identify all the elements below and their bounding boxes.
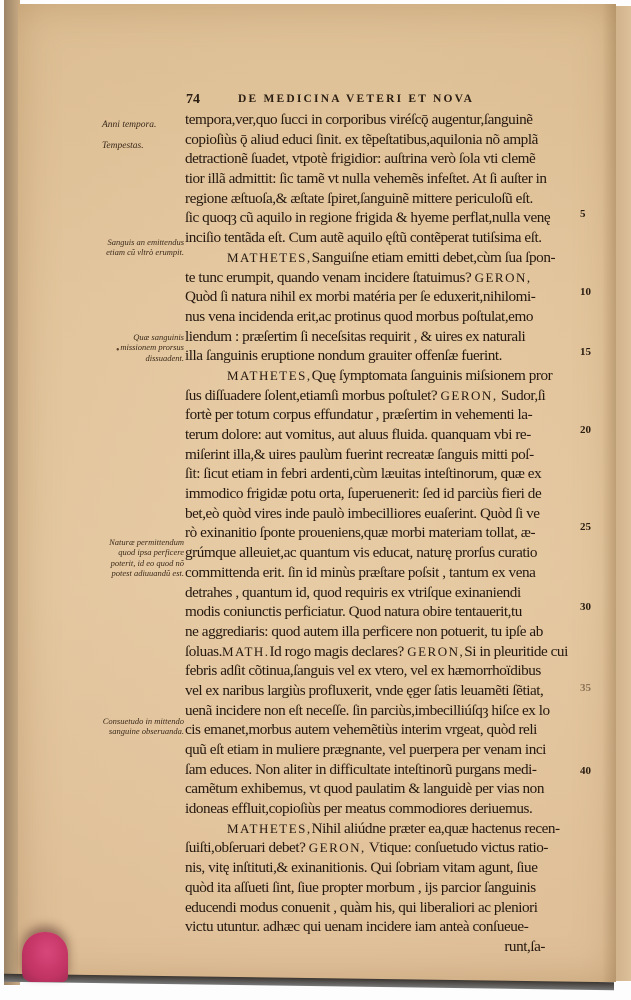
- text-line: nus vena incidenda erit,ac protinus quod…: [185, 307, 565, 327]
- line-text: uenã incidere non eſt neceſſe. ſin parci…: [185, 702, 550, 719]
- text-line: ſam educes. Non aliter in difficultate i…: [185, 760, 565, 780]
- speaker-name: MATHETES,: [227, 368, 312, 383]
- text-line: runt,ſa-: [185, 937, 565, 957]
- line-text: tior illã admittit: ſic tamẽ vt nulla ve…: [185, 170, 547, 187]
- line-number: 35: [580, 682, 591, 694]
- text-line: detrahes , quantum id, quod requiris ex …: [185, 583, 565, 603]
- speaker-name: GERON,: [475, 270, 532, 285]
- text-line: vel ex naribus largiùs profluxerit, vnde…: [185, 681, 565, 701]
- text-line: grúmque alleuiet,ac quantum vis educat, …: [185, 543, 565, 563]
- speaker-name: GERON,: [309, 840, 366, 855]
- line-text: Si in pleuritide cui: [464, 643, 568, 660]
- line-text: rò exinanitio ſponte proueniens,quæ morb…: [185, 524, 535, 541]
- line-text: detractionẽ ſuadet, vtpotè frigidior: au…: [185, 150, 535, 167]
- line-text: fortè per totum corpus effundatur , præſ…: [185, 406, 532, 423]
- text-line: liendum : præſertim ſi neceſsitas requir…: [185, 327, 565, 347]
- line-text: modis coniunctis perficiatur. Quod natur…: [185, 603, 522, 620]
- line-text: miſerint illa,& uires paulùm fuerint rec…: [185, 446, 534, 463]
- text-line: terum dolore: aut vomitus, aut aluus flu…: [185, 425, 565, 445]
- line-number: 15: [580, 346, 591, 358]
- line-text: febris adſit cõtinua,ſanguis vel ex vter…: [185, 662, 541, 679]
- text-line: ſic quoqȝ cũ aquilo in regione frigida &…: [185, 208, 565, 228]
- line-text: illa ſanguinis eruptione nondum grauiter…: [185, 347, 502, 364]
- text-line: modis coniunctis perficiatur. Quod natur…: [185, 602, 565, 622]
- line-text: immodico frigidæ potu orta, ſuperuenerit…: [185, 485, 541, 502]
- line-number: 20: [580, 424, 591, 436]
- text-line: MATHETES,Nihil aliúdne præter ea,quæ hac…: [185, 819, 565, 839]
- line-number: 25: [580, 521, 591, 533]
- text-line: febris adſit cõtinua,ſanguis vel ex vter…: [185, 661, 565, 681]
- text-line: ſuiſti,obſeruari debet? GERON, Vtique: c…: [185, 838, 565, 858]
- margin-note: Consuetudo in mittendo sanguine obseruan…: [102, 716, 184, 737]
- line-text: educendi modus conuenit , quàm his, qui …: [185, 899, 538, 916]
- text-line: te tunc erumpit, quando venam incidere ſ…: [185, 268, 565, 288]
- line-text: Sudor,ſi: [498, 387, 546, 404]
- line-text: ſuiſti,obſeruari debet?: [185, 839, 309, 856]
- line-text: regione æſtuoſa,& æſtate ſpiret,ſanguinẽ…: [185, 190, 533, 207]
- text-line: miſerint illa,& uires paulùm fuerint rec…: [185, 445, 565, 465]
- line-text: Quòd ſi natura nihil ex morbi matéria pe…: [185, 288, 535, 305]
- speaker-name: GERON,: [407, 644, 464, 659]
- finger-holding-page: [22, 932, 68, 982]
- margin-note: Sanguis an emittendus etiam cũ vltrò eru…: [102, 237, 184, 258]
- line-text: bet,eò quòd vires inde paulò imbecillior…: [185, 505, 540, 522]
- text-line: detractionẽ ſuadet, vtpotè frigidior: au…: [185, 149, 565, 169]
- ink-mark: •: [116, 345, 120, 356]
- text-line: idoneas effluit,copioſiùs per meatus com…: [185, 799, 565, 819]
- line-text: runt,ſa-: [504, 938, 545, 955]
- text-line: educendi modus conuenit , quàm his, qui …: [185, 898, 565, 918]
- text-line: rò exinanitio ſponte proueniens,quæ morb…: [185, 523, 565, 543]
- line-text: terum dolore: aut vomitus, aut aluus flu…: [185, 426, 531, 443]
- line-text: ſoluas.: [185, 643, 222, 660]
- text-line: nis, vitę inſtituti,& exinanitionis. Qui…: [185, 858, 565, 878]
- line-text: nus vena incidenda erit,ac protinus quod…: [185, 308, 533, 325]
- line-text: ſic quoqȝ cũ aquilo in regione frigida &…: [185, 209, 550, 226]
- margin-note: Anni tempora.: [102, 120, 184, 130]
- line-text: inciſio tentãda eſt. Cum autẽ aquilo ęſt…: [185, 229, 542, 246]
- line-text: ſus diſſuadere ſolent,etiamſi morbus poſ…: [185, 387, 441, 404]
- text-line: tior illã admittit: ſic tamẽ vt nulla ve…: [185, 169, 565, 189]
- line-text: Quę ſymptomata ſanguinis miſsionem pror: [312, 367, 553, 384]
- text-line: immodico frigidæ potu orta, ſuperuenerit…: [185, 484, 565, 504]
- line-text: tempora,ver,quo ſucci in corporibus viré…: [185, 111, 533, 128]
- line-number: 40: [580, 765, 591, 777]
- margin-note: Naturæ permittendum quod ipsa perficere …: [102, 537, 184, 578]
- line-text: Vtique: conſuetudo victus ratio-: [366, 839, 548, 856]
- speaker-name: GERON,: [441, 388, 498, 403]
- text-line: copioſiùs ǭ aliud educi ſinit. ex tẽpeſt…: [185, 130, 565, 150]
- line-text: quòd ita aſſueti ſint, ſiue propter morb…: [185, 879, 536, 896]
- line-text: quũ eſt etiam in muliere prægnante, vel …: [185, 741, 546, 758]
- text-line: quũ eſt etiam in muliere prægnante, vel …: [185, 740, 565, 760]
- text-line: MATHETES,Quę ſymptomata ſanguinis miſsio…: [185, 366, 565, 386]
- line-text: grúmque alleuiet,ac quantum vis educat, …: [185, 544, 537, 561]
- line-text: vel ex naribus largiùs profluxerit, vnde…: [185, 682, 543, 699]
- line-text: Sanguiſne etiam emitti debet,cùm ſua ſpo…: [312, 249, 555, 266]
- line-text: te tunc erumpit, quando venam incidere ſ…: [185, 269, 475, 286]
- text-line: Quòd ſi natura nihil ex morbi matéria pe…: [185, 287, 565, 307]
- text-line: camẽtum exhibemus, vt quod paulatim & la…: [185, 779, 565, 799]
- line-number: 30: [580, 601, 591, 613]
- line-text: Nihil aliúdne præter ea,quæ hactenus rec…: [312, 820, 560, 837]
- line-text: idoneas effluit,copioſiùs per meatus com…: [185, 800, 532, 817]
- facing-page-edge: [614, 6, 631, 981]
- line-text: ſam educes. Non aliter in difficultate i…: [185, 761, 537, 778]
- text-line: committenda erit. ſin id minùs præſtare …: [185, 563, 565, 583]
- text-line: tempora,ver,quo ſucci in corporibus viré…: [185, 110, 565, 130]
- text-line: fortè per totum corpus effundatur , præſ…: [185, 405, 565, 425]
- speaker-name: MATH.: [222, 644, 270, 659]
- body-text: tempora,ver,quo ſucci in corporibus viré…: [185, 110, 565, 957]
- line-number: 10: [580, 286, 591, 298]
- line-text: cis emanet,morbus autem vehemẽtiùs inter…: [185, 721, 537, 738]
- line-text: copioſiùs ǭ aliud educi ſinit. ex tẽpeſt…: [185, 131, 538, 148]
- margin-note: Tempestas.: [102, 141, 184, 151]
- text-line: illa ſanguinis eruptione nondum grauiter…: [185, 346, 565, 366]
- text-line: uenã incidere non eſt neceſſe. ſin parci…: [185, 701, 565, 721]
- speaker-name: MATHETES,: [227, 250, 312, 265]
- text-line: bet,eò quòd vires inde paulò imbecillior…: [185, 504, 565, 524]
- speaker-name: MATHETES,: [227, 821, 312, 836]
- text-line: ne aggrediaris: quod autem illa perficer…: [185, 622, 565, 642]
- running-head: 74 DE MEDICINA VETERI ET NOVA: [186, 92, 566, 108]
- line-text: detrahes , quantum id, quod requiris ex …: [185, 584, 521, 601]
- text-line: regione æſtuoſa,& æſtate ſpiret,ſanguinẽ…: [185, 189, 565, 209]
- text-line: cis emanet,morbus autem vehemẽtiùs inter…: [185, 720, 565, 740]
- line-number: 5: [580, 208, 586, 220]
- page-number: 74: [186, 92, 200, 108]
- line-text: liendum : præſertim ſi neceſsitas requir…: [185, 328, 525, 345]
- running-head-title: DE MEDICINA VETERI ET NOVA: [238, 93, 474, 105]
- margin-note: Quæ sanguinis missionem prorsus dissuade…: [102, 332, 184, 363]
- text-line: quòd ita aſſueti ſint, ſiue propter morb…: [185, 878, 565, 898]
- text-line: victu utuntur. adhæc qui uenam incidere …: [185, 917, 565, 937]
- line-text: committenda erit. ſin id minùs præſtare …: [185, 564, 535, 581]
- text-line: ſoluas.MATH.Id rogo magis declares? GERO…: [185, 642, 565, 662]
- text-line: ſus diſſuadere ſolent,etiamſi morbus poſ…: [185, 386, 565, 406]
- line-text: Id rogo magis declares?: [270, 643, 408, 660]
- text-line: MATHETES,Sanguiſne etiam emitti debet,cù…: [185, 248, 565, 268]
- line-text: camẽtum exhibemus, vt quod paulatim & la…: [185, 780, 544, 797]
- line-text: ne aggrediaris: quod autem illa perficer…: [185, 623, 543, 640]
- line-text: ſit: ſicut etiam in febri ardenti,cùm læ…: [185, 465, 541, 482]
- line-text: nis, vitę inſtituti,& exinanitionis. Qui…: [185, 859, 537, 876]
- gutter-shadow: [602, 4, 616, 982]
- text-line: inciſio tentãda eſt. Cum autẽ aquilo ęſt…: [185, 228, 565, 248]
- line-text: victu utuntur. adhæc qui uenam incidere …: [185, 918, 528, 935]
- text-line: ſit: ſicut etiam in febri ardenti,cùm læ…: [185, 464, 565, 484]
